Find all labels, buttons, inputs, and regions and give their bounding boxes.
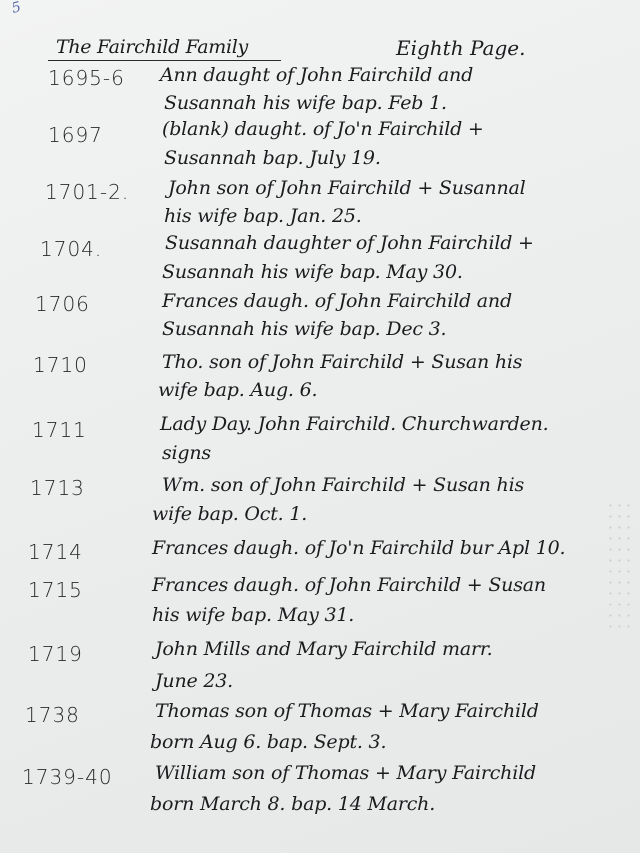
entry-year: 1697: [48, 123, 103, 147]
entry-year: 1719: [28, 642, 83, 666]
entry-text-line: wife bap. Oct. 1.: [152, 503, 307, 525]
entry-text-line: William son of Thomas + Mary Fairchild: [155, 762, 536, 784]
entry-text-line: John Mills and Mary Fairchild marr.: [155, 638, 493, 660]
corner-page-mark: 5: [10, 0, 23, 17]
entry-year: 1739-40: [22, 765, 113, 789]
page-header: The Fairchild Family Eighth Page.: [48, 36, 568, 64]
entry-year: 1714: [28, 540, 83, 564]
page-number-label: Eighth Page.: [396, 36, 525, 60]
entry-text-line: Susannah bap. July 19.: [164, 147, 381, 169]
entry-text-line: Frances daugh. of John Fairchild and: [162, 290, 512, 312]
entry-year: 1715: [28, 578, 83, 602]
entry-text-line: born March 8. bap. 14 March.: [150, 793, 435, 815]
entry-text-line: June 23.: [155, 670, 233, 692]
margin-bleed-marks: [606, 500, 636, 630]
entry-year: 1738: [25, 703, 80, 727]
entry-year: 1710: [33, 353, 88, 377]
register-page: 5 The Fairchild Family Eighth Page. 1695…: [0, 0, 640, 853]
entry-text-line: Susannah his wife bap. May 30.: [162, 261, 463, 283]
entry-year: 1695-6: [48, 66, 125, 90]
entry-year: 1711: [32, 418, 87, 442]
entry-year: 1713: [30, 476, 85, 500]
entry-year: 1704.: [40, 237, 102, 261]
entry-text-line: wife bap. Aug. 6.: [158, 379, 317, 401]
entry-text-line: Wm. son of John Fairchild + Susan his: [162, 474, 524, 496]
page-title: The Fairchild Family: [48, 36, 281, 61]
entry-year: 1701-2.: [45, 180, 129, 204]
entry-text-line: Ann daught of John Fairchild and: [160, 64, 473, 86]
entry-text-line: his wife bap. Jan. 25.: [164, 205, 362, 227]
entry-text-line: Susannah his wife bap. Feb 1.: [164, 92, 447, 114]
entry-text-line: born Aug 6. bap. Sept. 3.: [150, 731, 386, 753]
entry-text-line: signs: [162, 442, 211, 464]
entry-text-line: Tho. son of John Fairchild + Susan his: [162, 351, 522, 373]
entry-text-line: Frances daugh. of Jo'n Fairchild bur Apl…: [152, 537, 565, 559]
entry-text-line: his wife bap. May 31.: [152, 604, 354, 626]
entry-year: 1706: [35, 292, 90, 316]
entry-text-line: John son of John Fairchild + Susannal: [168, 177, 526, 199]
entry-text-line: Susannah his wife bap. Dec 3.: [162, 318, 446, 340]
entry-text-line: Frances daugh. of John Fairchild + Susan: [152, 574, 546, 596]
entry-text-line: (blank) daught. of Jo'n Fairchild +: [162, 118, 484, 140]
entry-text-line: Susannah daughter of John Fairchild +: [165, 232, 534, 254]
entry-text-line: Lady Day. John Fairchild. Churchwarden.: [160, 413, 548, 435]
entry-text-line: Thomas son of Thomas + Mary Fairchild: [155, 700, 539, 722]
